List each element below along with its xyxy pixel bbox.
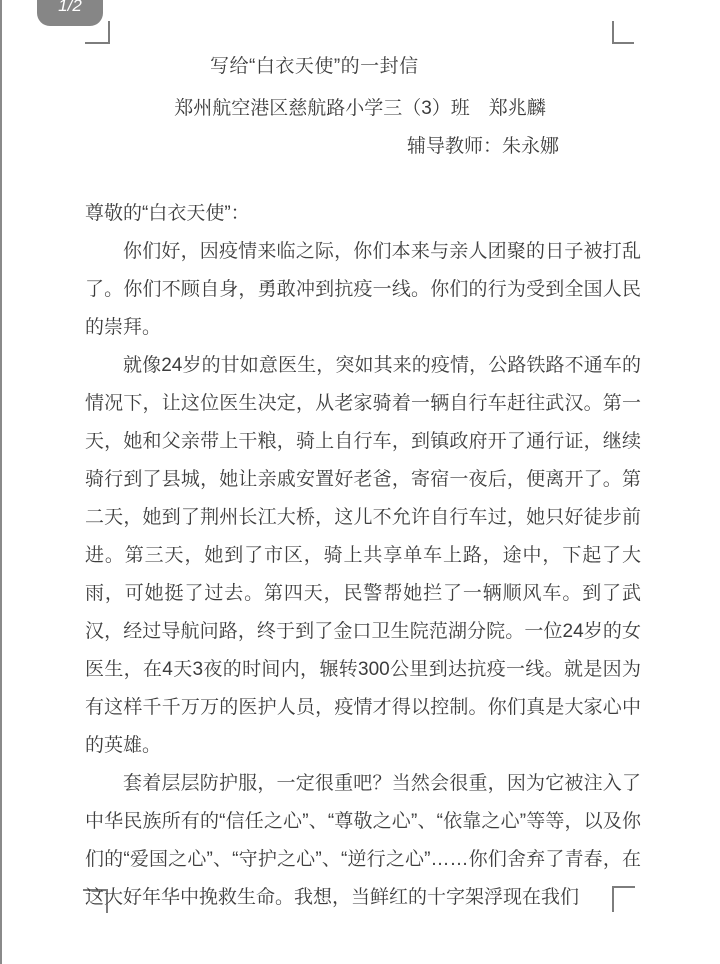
teacher-credit: 辅导教师：朱永娜 [407,131,559,158]
letter-paragraph: 你们好，因疫情来临之际，你们本来与亲人团聚的日子被打乱了。你们不顾自身，勇敢冲到… [85,233,641,347]
document-page: 1/2 写给“白衣天使”的一封信 郑州航空港区慈航路小学三（3）班 郑兆麟 辅导… [0,0,720,964]
letter-paragraphs: 你们好，因疫情来临之际，你们本来与亲人团聚的日子被打乱了。你们不顾自身，勇敢冲到… [85,233,641,917]
crop-mark-top-right [612,21,634,44]
document-title: 写给“白衣天使”的一封信 [210,51,419,78]
screen-edge-line [0,0,2,964]
author-byline: 郑州航空港区慈航路小学三（3）班 郑兆麟 [85,93,635,120]
letter-paragraph: 套着层层防护服，一定很重吧？当然会很重，因为它被注入了中华民族所有的“信任之心”… [85,765,641,917]
crop-mark-top-left [85,21,110,44]
letter-salutation: 尊敬的“白衣天使”： [85,195,641,233]
letter-paragraph: 就像24岁的甘如意医生，突如其来的疫情，公路铁路不通车的情况下，让这位医生决定，… [85,347,641,765]
letter-body: 尊敬的“白衣天使”： 你们好，因疫情来临之际，你们本来与亲人团聚的日子被打乱了。… [85,195,641,917]
page-indicator-label: 1/2 [58,0,82,16]
